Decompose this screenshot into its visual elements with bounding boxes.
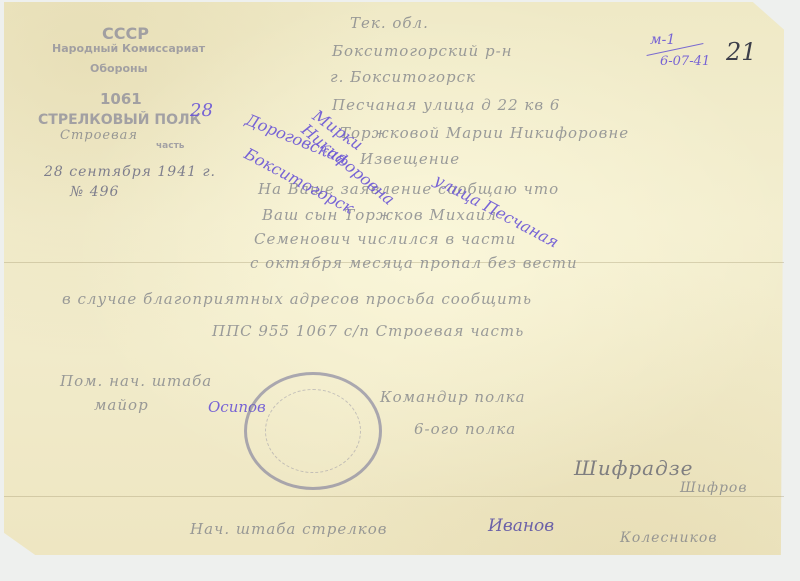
body-line: Семенович числился в части	[254, 230, 516, 248]
fold-line	[4, 496, 784, 497]
stamp-date: 28 сентября 1941 г.	[44, 164, 216, 180]
body-line: ППС 955 1067 с/п Строевая часть	[212, 322, 524, 340]
signature-title: Нач. штаба стрелков	[190, 520, 388, 538]
address-line: Тек. обл.	[350, 14, 429, 32]
stamp-line: СССР	[102, 24, 149, 43]
unit-seal	[244, 372, 382, 490]
page-number: 21	[726, 38, 757, 66]
signature-right: Шифрадзе	[574, 456, 694, 480]
stamp-line: Народный Комиссариат	[52, 42, 205, 55]
body-line: с октября месяца пропал без вести	[250, 254, 578, 272]
unit-seal-inner-ring	[265, 389, 361, 473]
signature-bottom: Иванов	[488, 516, 554, 536]
address-line: Бокситогорский р-н	[332, 42, 513, 60]
signature-title: майор	[94, 396, 149, 414]
signature-title: Командир полка	[380, 388, 526, 406]
stamp-line: Обороны	[90, 62, 148, 75]
body-line: в случае благоприятных адресов просьба с…	[62, 290, 532, 308]
stamp-handwritten-unit: Строевая	[60, 128, 138, 143]
body-line: Ваш сын Торжков Михаил	[262, 206, 497, 224]
stamp-line: 1061	[100, 90, 142, 108]
signature-right-name: Шифров	[680, 480, 748, 496]
signature-title: 6-ого полка	[414, 420, 516, 438]
stamp-number: № 496	[70, 184, 119, 200]
signature-title: Пом. нач. штаба	[60, 372, 212, 390]
address-line: Песчаная улица д 22 кв 6	[332, 96, 560, 114]
address-line: г. Бокситогорск	[330, 68, 476, 86]
registry-mark-date: 6-07-41	[660, 54, 710, 69]
stamp-line: СТРЕЛКОВЫЙ ПОЛК	[38, 112, 201, 128]
signature-bottom-right: Колесников	[620, 530, 717, 546]
registry-mark-top: м-1	[650, 32, 675, 48]
body-line: Извещение	[360, 150, 460, 168]
address-line: Торжковой Марии Никифоровне	[340, 124, 629, 142]
ink-overlay-line: 28	[190, 100, 213, 121]
stamp-line: часть	[156, 141, 185, 151]
